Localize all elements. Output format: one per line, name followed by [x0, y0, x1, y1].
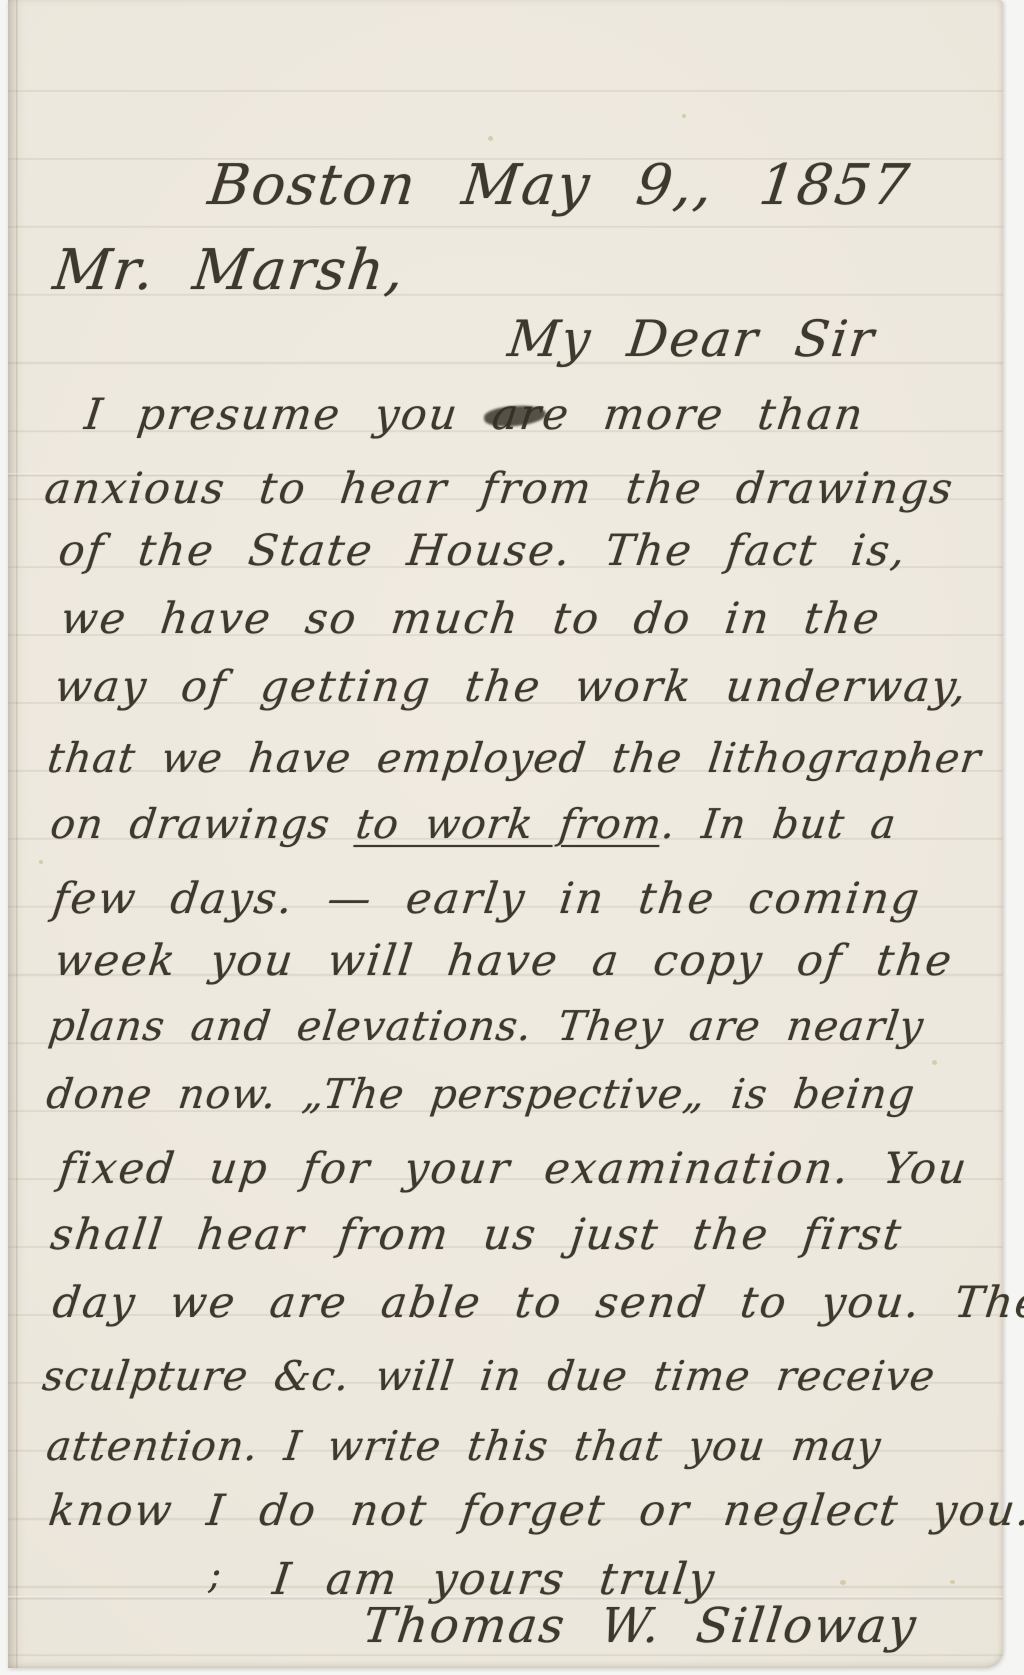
body-line: we have so much to do in the [58, 596, 883, 643]
body-line: attention. I write this that you may [44, 1424, 884, 1469]
salutation-line: My Dear Sir [505, 312, 879, 367]
body-line: I presume you are more than [82, 392, 867, 439]
body-line: day we are able to send to you. The [50, 1280, 1024, 1327]
body-line: shall hear from us just the first [48, 1212, 905, 1259]
scanned-letter-page: { "colors": { "paper": "#ece7dc", "ink":… [0, 0, 1024, 1675]
body-line: anxious to hear from the drawings [42, 466, 957, 513]
dateline: Boston May 9,, 1857 [205, 155, 914, 217]
body-line: plans and elevations. They are nearly [46, 1004, 927, 1049]
body-line: that we have employed the lithographer [45, 736, 984, 781]
body-line: week you will have a copy of the [52, 938, 956, 985]
foxing-spot [488, 136, 493, 141]
foxing-spot [39, 860, 43, 864]
foxing-spot [682, 114, 686, 118]
foxing-spot [932, 1060, 937, 1065]
body-line: of the State House. The fact is, [56, 528, 910, 575]
body-line: done now. „The perspective„ is being [44, 1072, 918, 1117]
vertical-fold-crease [16, 0, 18, 1668]
underlined-phrase: to work from [353, 800, 665, 848]
body-line: sculpture &c. will in due time receive [40, 1354, 938, 1399]
body-line: know I do not forget or neglect you. [46, 1488, 1024, 1535]
body-line: on drawings to work from. In but a [48, 802, 899, 847]
body-line: fixed up for your examination. You [56, 1146, 971, 1193]
stray-ink-mark: ; [208, 1552, 221, 1598]
recipient-line: Mr. Marsh, [50, 240, 409, 302]
body-line-segment: . In but a [659, 800, 899, 848]
body-line: way of getting the work underway, [52, 664, 971, 711]
foxing-spot [840, 1580, 846, 1585]
body-line: few days. — early in the coming [50, 876, 923, 923]
foxing-spot [950, 1580, 955, 1584]
signature-line: Thomas W. Silloway [360, 1600, 920, 1653]
body-line-segment: on drawings [48, 800, 359, 848]
